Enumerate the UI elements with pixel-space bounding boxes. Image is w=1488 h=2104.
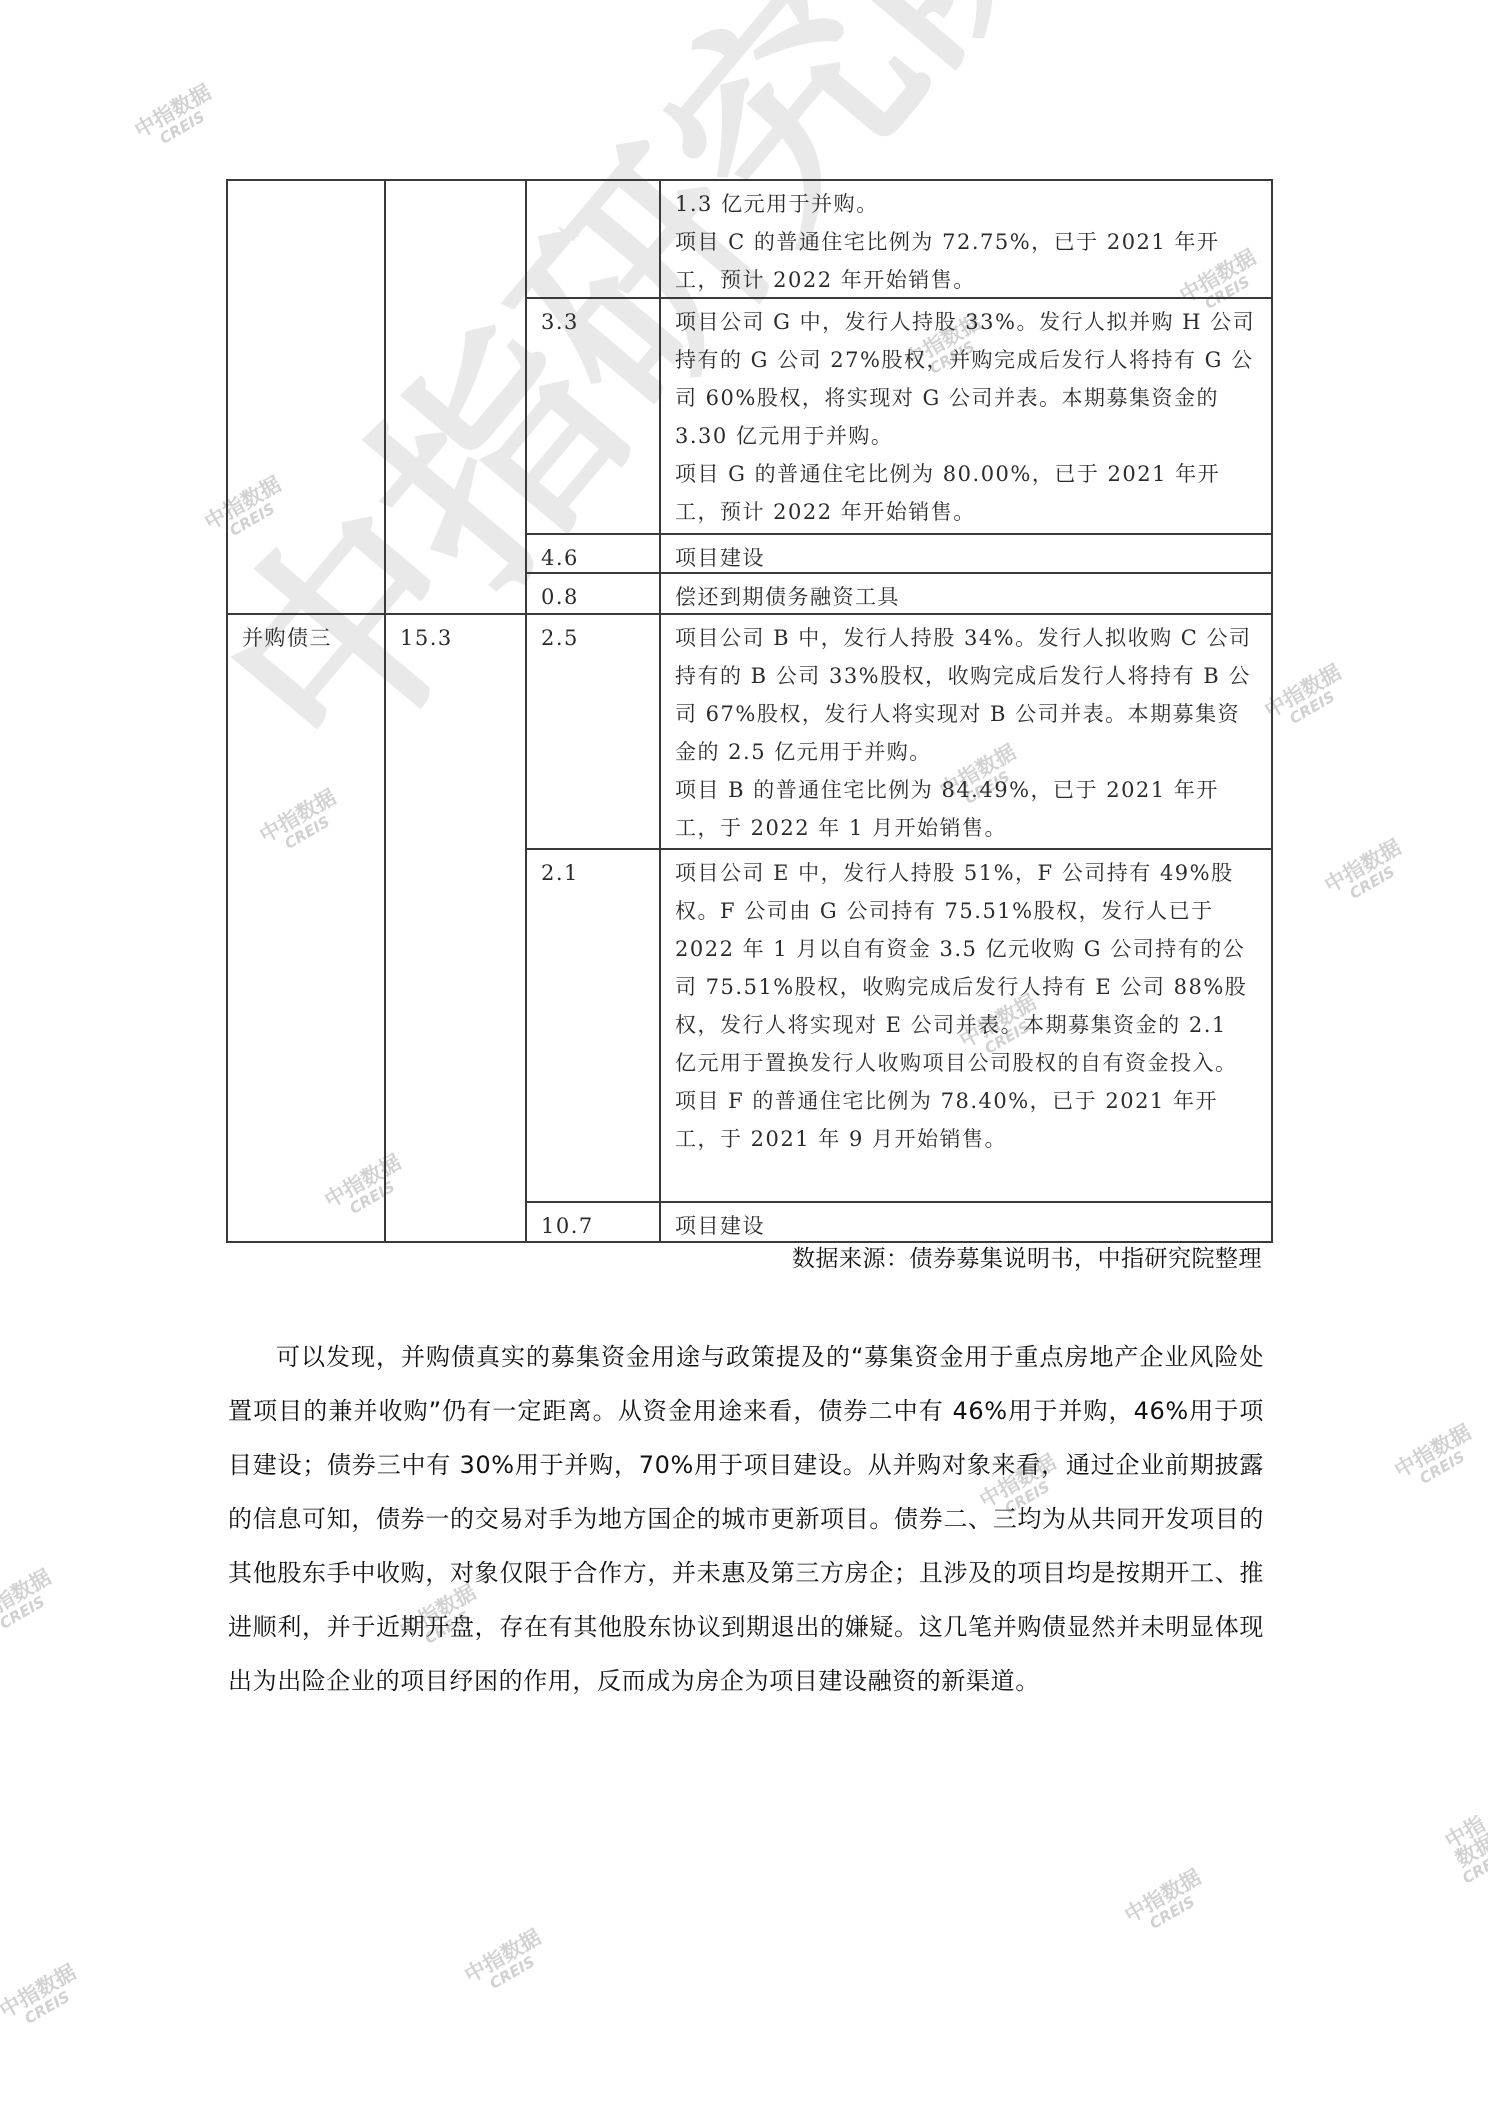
amount-cell: 10.7 bbox=[527, 1203, 659, 1245]
body-paragraph: 可以发现，并购债真实的募集资金用途与政策提及的“募集资金用于重点房地产企业风险处… bbox=[228, 1330, 1264, 1708]
watermark-small: 中指数据 CREIS bbox=[0, 1961, 88, 2035]
amount-cell: 2.1 bbox=[527, 850, 659, 892]
watermark-small: 中指数据 CREIS bbox=[0, 1566, 63, 1640]
watermark-small: 中指数据 CREIS bbox=[1176, 246, 1267, 320]
usage-cell: 项目建设 bbox=[661, 535, 1271, 577]
watermark-small: 中指数据 CREIS bbox=[1439, 1812, 1488, 1887]
watermark-small: 中指数据 CREIS bbox=[1321, 836, 1412, 910]
row-divider bbox=[526, 848, 1273, 850]
document-page: 中指研究院 中指数据 CREIS 中指数据 CREIS 中指数据 CREIS 中… bbox=[0, 0, 1488, 2104]
watermark-small: 中指数据 CREIS bbox=[956, 991, 1047, 1065]
usage-cell: 项目建设 bbox=[661, 1203, 1271, 1245]
usage-cell: 项目公司 B 中，发行人持股 34%。发行人拟收购 C 公司持有的 B 公司 3… bbox=[661, 615, 1271, 847]
watermark-large: 中指研究院 bbox=[190, 0, 1191, 843]
watermark-small: 中指数据 CREIS bbox=[1261, 661, 1352, 735]
watermark-small: 中指数据 CREIS bbox=[936, 741, 1027, 815]
watermark-small: 中指数据 CREIS bbox=[1121, 1866, 1212, 1940]
watermark-small: 中指数据 CREIS bbox=[901, 311, 992, 385]
watermark-small: 中指数据 CREIS bbox=[1391, 1421, 1482, 1495]
table-source-note: 数据来源：债券募集说明书，中指研究院整理 bbox=[792, 1240, 1262, 1273]
watermark-small: 中指数据 CREIS bbox=[256, 786, 347, 860]
watermark-small: 中指数据 CREIS bbox=[321, 1151, 412, 1225]
watermark-small: 中指数据 CREIS bbox=[131, 81, 222, 155]
table-border-left bbox=[226, 179, 228, 1243]
watermark-small: 中指数据 CREIS bbox=[461, 1926, 552, 2000]
usage-cell: 偿还到期债务融资工具 bbox=[661, 574, 1271, 616]
usage-cell: 项目公司 E 中，发行人持股 51%，F 公司持有 49%股权。F 公司由 G … bbox=[661, 850, 1271, 1158]
row-divider bbox=[526, 1201, 1273, 1203]
